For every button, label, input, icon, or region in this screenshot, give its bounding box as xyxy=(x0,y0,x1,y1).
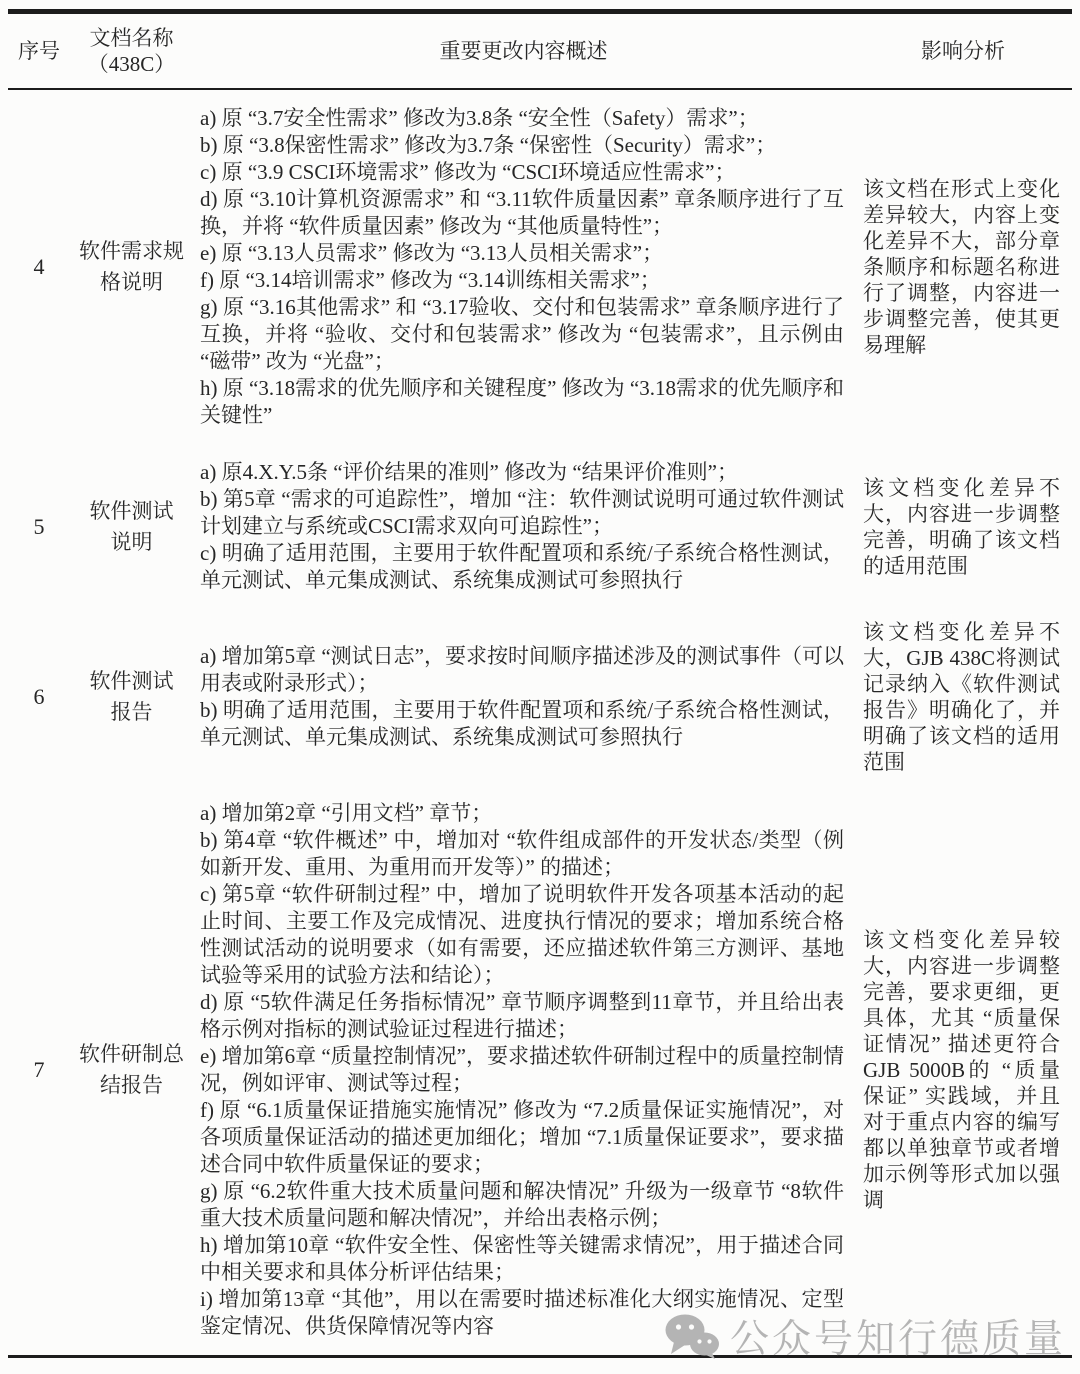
change-item: d) 原 “3.10计算机资源需求” 和 “3.11软件质量因素” 章条顺序进行… xyxy=(200,186,844,240)
change-item: a) 原 “3.7安全性需求” 修改为3.8条 “安全性（Safety）需求”； xyxy=(200,105,844,132)
change-item: b) 原 “3.8保密性需求” 修改为3.7条 “保密性（Security）需求… xyxy=(200,132,844,159)
change-item: b) 第5章 “需求的可追踪性”，增加 “注：软件测试说明可通过软件测试计划建立… xyxy=(200,486,844,540)
change-item: g) 原 “3.16其他需求” 和 “3.17验收、交付和包装需求” 章条顺序进… xyxy=(200,294,844,375)
table-row: 4 软件需求规 格说明 a) 原 “3.7安全性需求” 修改为3.8条 “安全性… xyxy=(8,89,1072,444)
change-item: e) 增加第6章 “质量控制情况”，要求描述软件研制过程中的质量控制情况，例如评… xyxy=(200,1043,844,1097)
row-serial: 4 xyxy=(8,89,70,444)
impact-analysis: 该文档变化差异不大，内容进一步调整完善，明确了该文档的适用范围 xyxy=(854,444,1072,609)
row-serial: 5 xyxy=(8,444,70,609)
change-item: h) 增加第10章 “软件安全性、保密性等关键需求情况”，用于描述合同中相关要求… xyxy=(200,1232,844,1286)
change-item: d) 原 “5软件满足任务指标情况” 章节顺序调整到11章节，并且给出表格示例对… xyxy=(200,989,844,1043)
table-row: 6 软件测试 报告 a) 增加第5章 “测试日志”，要求按时间顺序描述涉及的测试… xyxy=(8,609,1072,785)
change-list: a) 原4.X.Y.5条 “评价结果的准则” 修改为 “结果评价准则”；b) 第… xyxy=(193,444,854,609)
table-row: 7 软件研制总 结报告 a) 增加第2章 “引用文档” 章节；b) 第4章 “软… xyxy=(8,785,1072,1357)
table-header-row: 序号 文档名称 （438C） 重要更改内容概述 影响分析 xyxy=(8,12,1072,90)
change-item: g) 原 “6.2软件重大技术质量问题和解决情况” 升级为一级章节 “8软件重大… xyxy=(200,1178,844,1232)
impact-analysis: 该文档在形式上变化差异较大，内容上变化差异不大，部分章条顺序和标题名称进行了调整… xyxy=(854,89,1072,444)
doc-name: 软件研制总 结报告 xyxy=(70,785,193,1357)
change-item: f) 原 “3.14培训需求” 修改为 “3.14训练相关需求”； xyxy=(200,267,844,294)
col-header-impact: 影响分析 xyxy=(854,12,1072,90)
change-item: i) 增加第13章 “其他”，用以在需要时描述标准化大纲实施情况、定型鉴定情况、… xyxy=(200,1286,844,1340)
table-row: 5 软件测试 说明 a) 原4.X.Y.5条 “评价结果的准则” 修改为 “结果… xyxy=(8,444,1072,609)
change-item: c) 明确了适用范围，主要用于软件配置项和系统/子系统合格性测试，单元测试、单元… xyxy=(200,540,844,594)
change-list: a) 增加第5章 “测试日志”，要求按时间顺序描述涉及的测试事件（可以用表或附录… xyxy=(193,609,854,785)
col-header-doc-name: 文档名称 （438C） xyxy=(70,12,193,90)
change-item: f) 原 “6.1质量保证措施实施情况” 修改为 “7.2质量保证实施情况”，对… xyxy=(200,1097,844,1178)
document-change-table: 序号 文档名称 （438C） 重要更改内容概述 影响分析 4 软件需求规 格说明… xyxy=(8,9,1072,1358)
doc-name: 软件需求规 格说明 xyxy=(70,89,193,444)
doc-name: 软件测试 报告 xyxy=(70,609,193,785)
impact-analysis: 该文档变化差异较大，内容进一步调整完善，要求更细，更具体，尤其 “质量保证情况”… xyxy=(854,785,1072,1357)
change-item: b) 明确了适用范围，主要用于软件配置项和系统/子系统合格性测试，单元测试、单元… xyxy=(200,697,844,751)
col-header-change-summary: 重要更改内容概述 xyxy=(193,12,854,90)
change-item: a) 原4.X.Y.5条 “评价结果的准则” 修改为 “结果评价准则”； xyxy=(200,459,844,486)
change-item: b) 第4章 “软件概述” 中，增加对 “软件组成部件的开发状态/类型（例如新开… xyxy=(200,827,844,881)
change-item: e) 原 “3.13人员需求” 修改为 “3.13人员相关需求”； xyxy=(200,240,844,267)
change-item: h) 原 “3.18需求的优先顺序和关键程度” 修改为 “3.18需求的优先顺序… xyxy=(200,375,844,429)
change-item: c) 第5章 “软件研制过程” 中，增加了说明软件开发各项基本活动的起止时间、主… xyxy=(200,881,844,989)
change-item: c) 原 “3.9 CSCI环境需求” 修改为 “CSCI环境适应性需求”； xyxy=(200,159,844,186)
col-header-serial: 序号 xyxy=(8,12,70,90)
change-list: a) 增加第2章 “引用文档” 章节；b) 第4章 “软件概述” 中，增加对 “… xyxy=(193,785,854,1357)
impact-analysis: 该文档变化差异不大，GJB 438C将测试记录纳入《软件测试报告》明确化了，并明… xyxy=(854,609,1072,785)
row-serial: 6 xyxy=(8,609,70,785)
change-item: a) 增加第5章 “测试日志”，要求按时间顺序描述涉及的测试事件（可以用表或附录… xyxy=(200,643,844,697)
scanned-document-page: 序号 文档名称 （438C） 重要更改内容概述 影响分析 4 软件需求规 格说明… xyxy=(0,0,1080,1374)
row-serial: 7 xyxy=(8,785,70,1357)
change-list: a) 原 “3.7安全性需求” 修改为3.8条 “安全性（Safety）需求”；… xyxy=(193,89,854,444)
change-item: a) 增加第2章 “引用文档” 章节； xyxy=(200,800,844,827)
doc-name: 软件测试 说明 xyxy=(70,444,193,609)
